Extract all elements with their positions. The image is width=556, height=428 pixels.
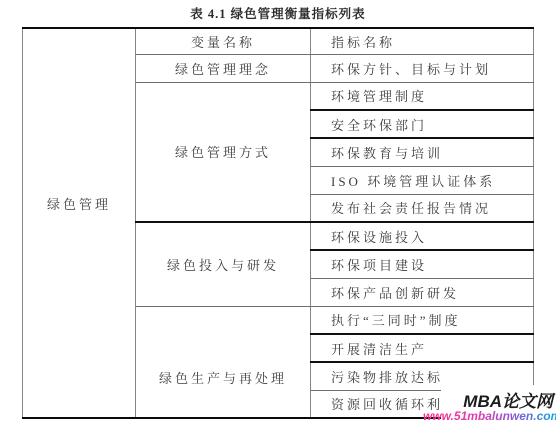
indicator-cell: 发布社会责任报告情况 xyxy=(311,194,534,222)
category-cell: 绿色管理方式 xyxy=(136,82,311,222)
category-cell: 绿色管理理念 xyxy=(136,54,311,82)
indicator-cell: 环保产品创新研发 xyxy=(311,278,534,306)
table-title: 表 4.1 绿色管理衡量指标列表 xyxy=(0,4,556,22)
indicator-cell: 环保设施投入 xyxy=(311,222,534,250)
indicator-cell: 环保教育与培训 xyxy=(311,138,534,166)
table-row: 绿色管理 变量名称 指标名称 xyxy=(23,28,534,54)
category-cell: 绿色生产与再处理 xyxy=(136,306,311,418)
watermark-site-url: www.51mbalunwen.com xyxy=(423,409,556,423)
document-page: 表 4.1 绿色管理衡量指标列表 绿色管理 变量名称 指标名称 绿色管理理念 环… xyxy=(0,0,556,428)
variable-group-cell: 绿色管理 xyxy=(23,28,136,418)
indicator-cell: 执行“三同时”制度 xyxy=(311,306,534,334)
indicator-cell: 环保方针、目标与计划 xyxy=(311,54,534,82)
column-header-indicator-name: 指标名称 xyxy=(311,28,534,54)
indicator-cell: 环境管理制度 xyxy=(311,82,534,110)
indicators-table: 绿色管理 变量名称 指标名称 绿色管理理念 环保方针、目标与计划 绿色管理方式 … xyxy=(22,27,534,419)
category-cell: 绿色投入与研发 xyxy=(136,222,311,306)
column-header-variable-name: 变量名称 xyxy=(136,28,311,54)
indicator-cell: 开展清洁生产 xyxy=(311,334,534,362)
indicator-cell: 安全环保部门 xyxy=(311,110,534,138)
watermark: MBA论文网 www.51mbalunwen.com xyxy=(441,385,556,428)
indicator-cell: 环保项目建设 xyxy=(311,250,534,278)
indicator-cell: ISO 环境管理认证体系 xyxy=(311,166,534,194)
